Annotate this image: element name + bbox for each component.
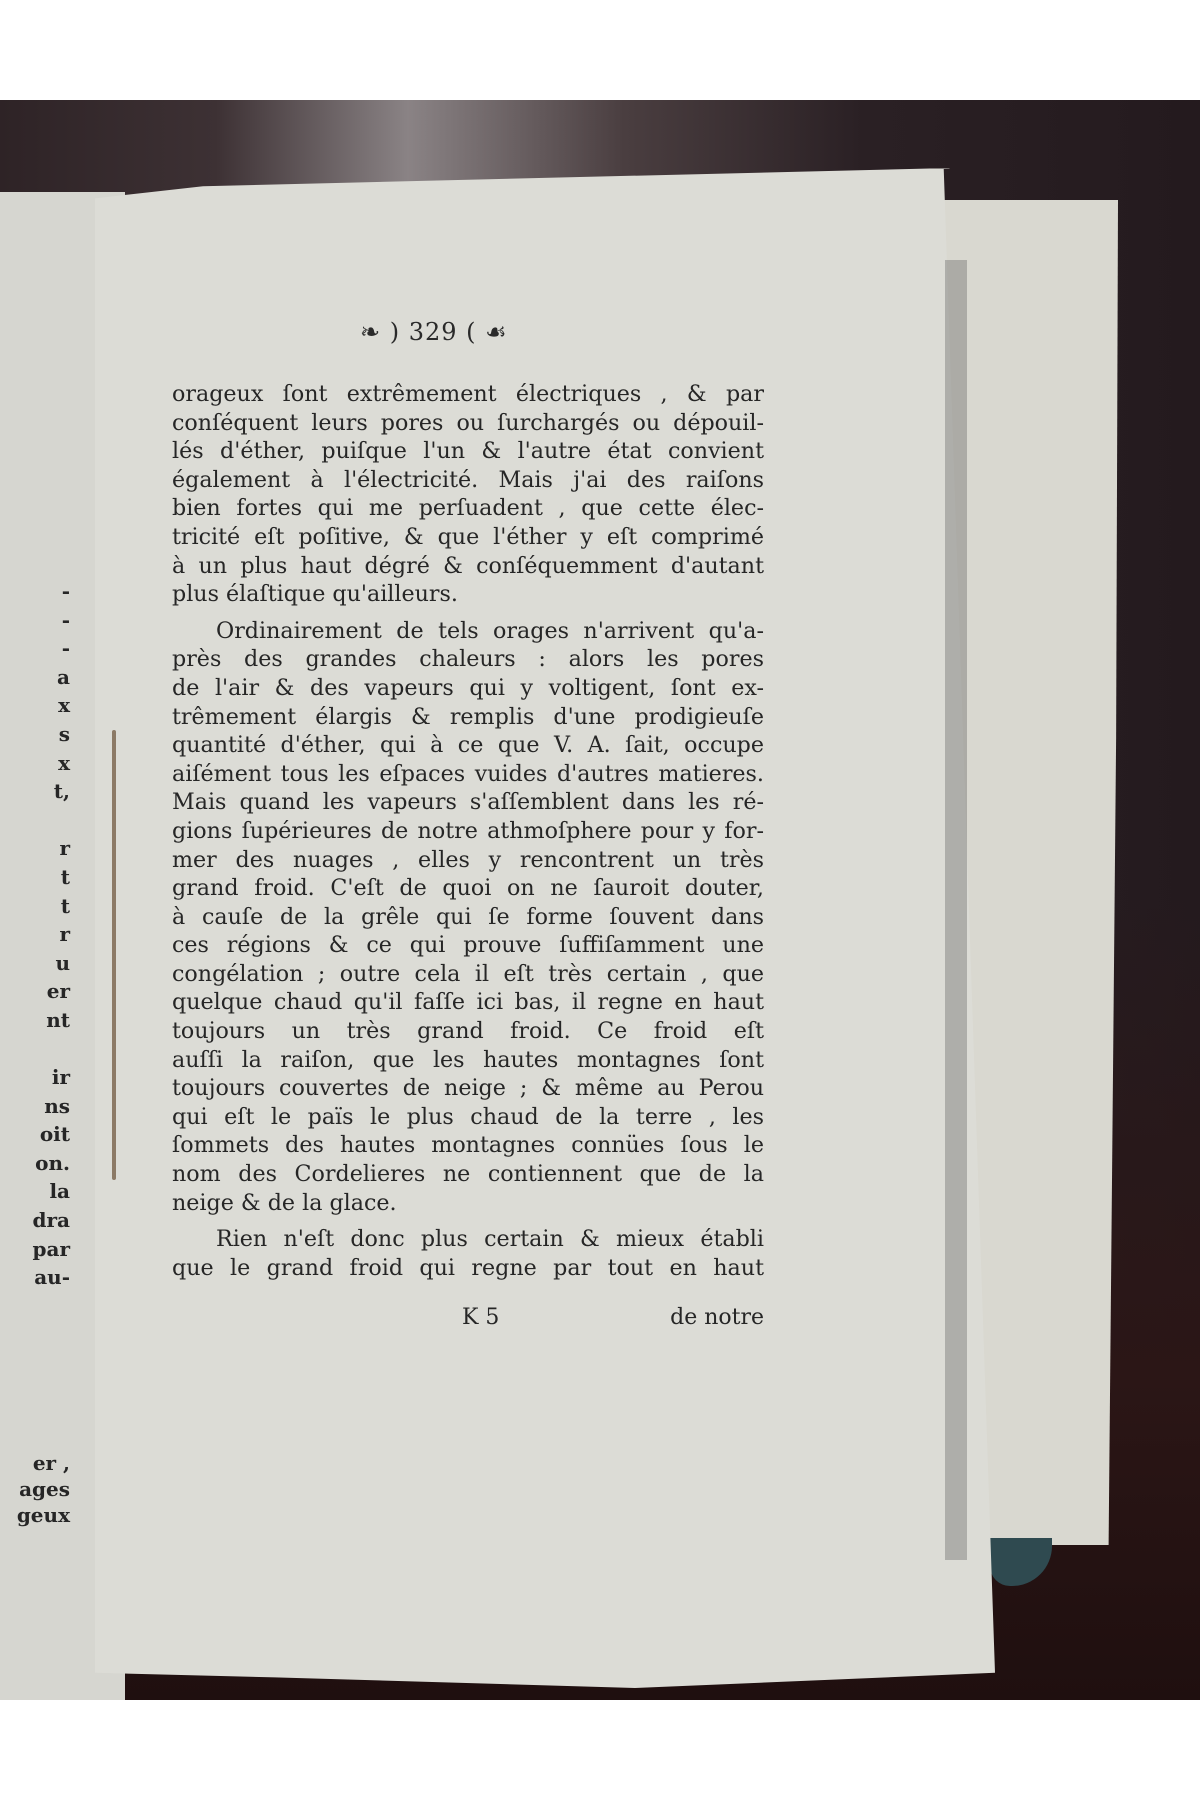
paragraph: Ordinairement de tels orages n'arrivent …	[172, 617, 764, 1217]
fragment-line: nt	[0, 1006, 70, 1035]
fragment-line: ir	[0, 1063, 70, 1092]
text-line: trêmement élargis & remplis d'une prodig…	[172, 703, 764, 732]
page-body-text: orageux ſont extrêmement électriques , &…	[172, 380, 764, 1290]
fragment-line: t,	[0, 777, 70, 806]
fragment-line	[0, 1035, 70, 1064]
text-line: lés d'éther, puiſque l'un & l'autre état…	[172, 437, 764, 466]
text-line: toujours couvertes de neige ; & même au …	[172, 1074, 764, 1103]
fragment-line: t	[0, 892, 70, 921]
binding-fold-thread	[112, 730, 116, 1180]
fragment-line: geux	[0, 1502, 70, 1528]
fragment-line: r	[0, 920, 70, 949]
text-line: conſéquent leurs pores ou ſurchargés ou …	[172, 409, 764, 438]
fragment-line: au-	[0, 1263, 70, 1292]
text-line: grand froid. C'eſt de quoi on ne ſauroit…	[172, 874, 764, 903]
left-page-text-fragment-lower: er ,agesgeux	[0, 1450, 70, 1528]
text-line: à cauſe de la grêle qui ſe forme ſouvent…	[172, 903, 764, 932]
fragment-line: a	[0, 663, 70, 692]
text-line: aiſément tous les eſpaces vuides d'autre…	[172, 760, 764, 789]
text-line: que le grand froid qui regne par tout en…	[172, 1254, 764, 1283]
text-line: gions ſupérieures de notre athmoſphere p…	[172, 817, 764, 846]
text-line: Mais quand les vapeurs s'aſſemblent dans…	[172, 788, 764, 817]
fragment-line: oit	[0, 1120, 70, 1149]
text-line: Ordinairement de tels orages n'arrivent …	[172, 617, 764, 646]
text-line: mer des nuages , elles y rencontrent un …	[172, 846, 764, 875]
signature-mark: K 5	[462, 1305, 499, 1330]
fragment-line: er ,	[0, 1450, 70, 1476]
text-line: congélation ; outre cela il eſt très cer…	[172, 960, 764, 989]
fragment-line: x	[0, 691, 70, 720]
text-line: toujours un très grand froid. Ce froid e…	[172, 1017, 764, 1046]
paragraph: orageux ſont extrêmement électriques , &…	[172, 380, 764, 609]
catchword: de notre	[670, 1305, 764, 1330]
text-line: orageux ſont extrêmement électriques , &…	[172, 380, 764, 409]
fragment-line: dra	[0, 1206, 70, 1235]
left-page-text-fragment-upper: ---axsxt,rttruerntirnsoiton.ladraparau-	[0, 577, 70, 1292]
fragment-line: ns	[0, 1092, 70, 1121]
fragment-line: u	[0, 949, 70, 978]
text-line: plus élaſtique qu'ailleurs.	[172, 580, 764, 609]
fragment-line: -	[0, 606, 70, 635]
text-line: ces régions & ce qui prouve ſuffiſamment…	[172, 931, 764, 960]
paragraph: Rien n'eſt donc plus certain & mieux éta…	[172, 1225, 764, 1282]
fragment-line: on.	[0, 1149, 70, 1178]
text-line: bien fortes qui me perſuadent , que cett…	[172, 494, 764, 523]
page-shadow	[945, 260, 967, 1560]
fragment-line: er	[0, 977, 70, 1006]
text-line: quelque chaud qu'il faſſe ici bas, il re…	[172, 988, 764, 1017]
fragment-line: -	[0, 634, 70, 663]
text-line: également à l'électricité. Mais j'ai des…	[172, 466, 764, 495]
text-line: près des grandes chaleurs : alors les po…	[172, 645, 764, 674]
fragment-line: par	[0, 1235, 70, 1264]
fragment-line: x	[0, 749, 70, 778]
text-line: Rien n'eſt donc plus certain & mieux éta…	[172, 1225, 764, 1254]
text-line: de l'air & des vapeurs qui y voltigent, …	[172, 674, 764, 703]
text-line: quantité d'éther, qui à ce que V. A. ſai…	[172, 731, 764, 760]
fragment-line	[0, 806, 70, 835]
fragment-line: r	[0, 834, 70, 863]
fragment-line: -	[0, 577, 70, 606]
text-line: qui eſt le païs le plus chaud de la terr…	[172, 1103, 764, 1132]
fragment-line: t	[0, 863, 70, 892]
text-line: auſſi la raiſon, que les hautes montagne…	[172, 1046, 764, 1075]
fragment-line: s	[0, 720, 70, 749]
text-line: nom des Cordelieres ne contiennent que d…	[172, 1160, 764, 1189]
text-line: à un plus haut dégré & conſéquemment d'a…	[172, 552, 764, 581]
fragment-line: ages	[0, 1476, 70, 1502]
page-number-header: ❧ ) 329 ( ☙	[360, 318, 508, 346]
text-line: ſommets des hautes montagnes connües ſou…	[172, 1131, 764, 1160]
text-line: neige & de la glace.	[172, 1189, 764, 1218]
text-line: tricité eſt poſitive, & que l'éther y eſ…	[172, 523, 764, 552]
fragment-line: la	[0, 1177, 70, 1206]
